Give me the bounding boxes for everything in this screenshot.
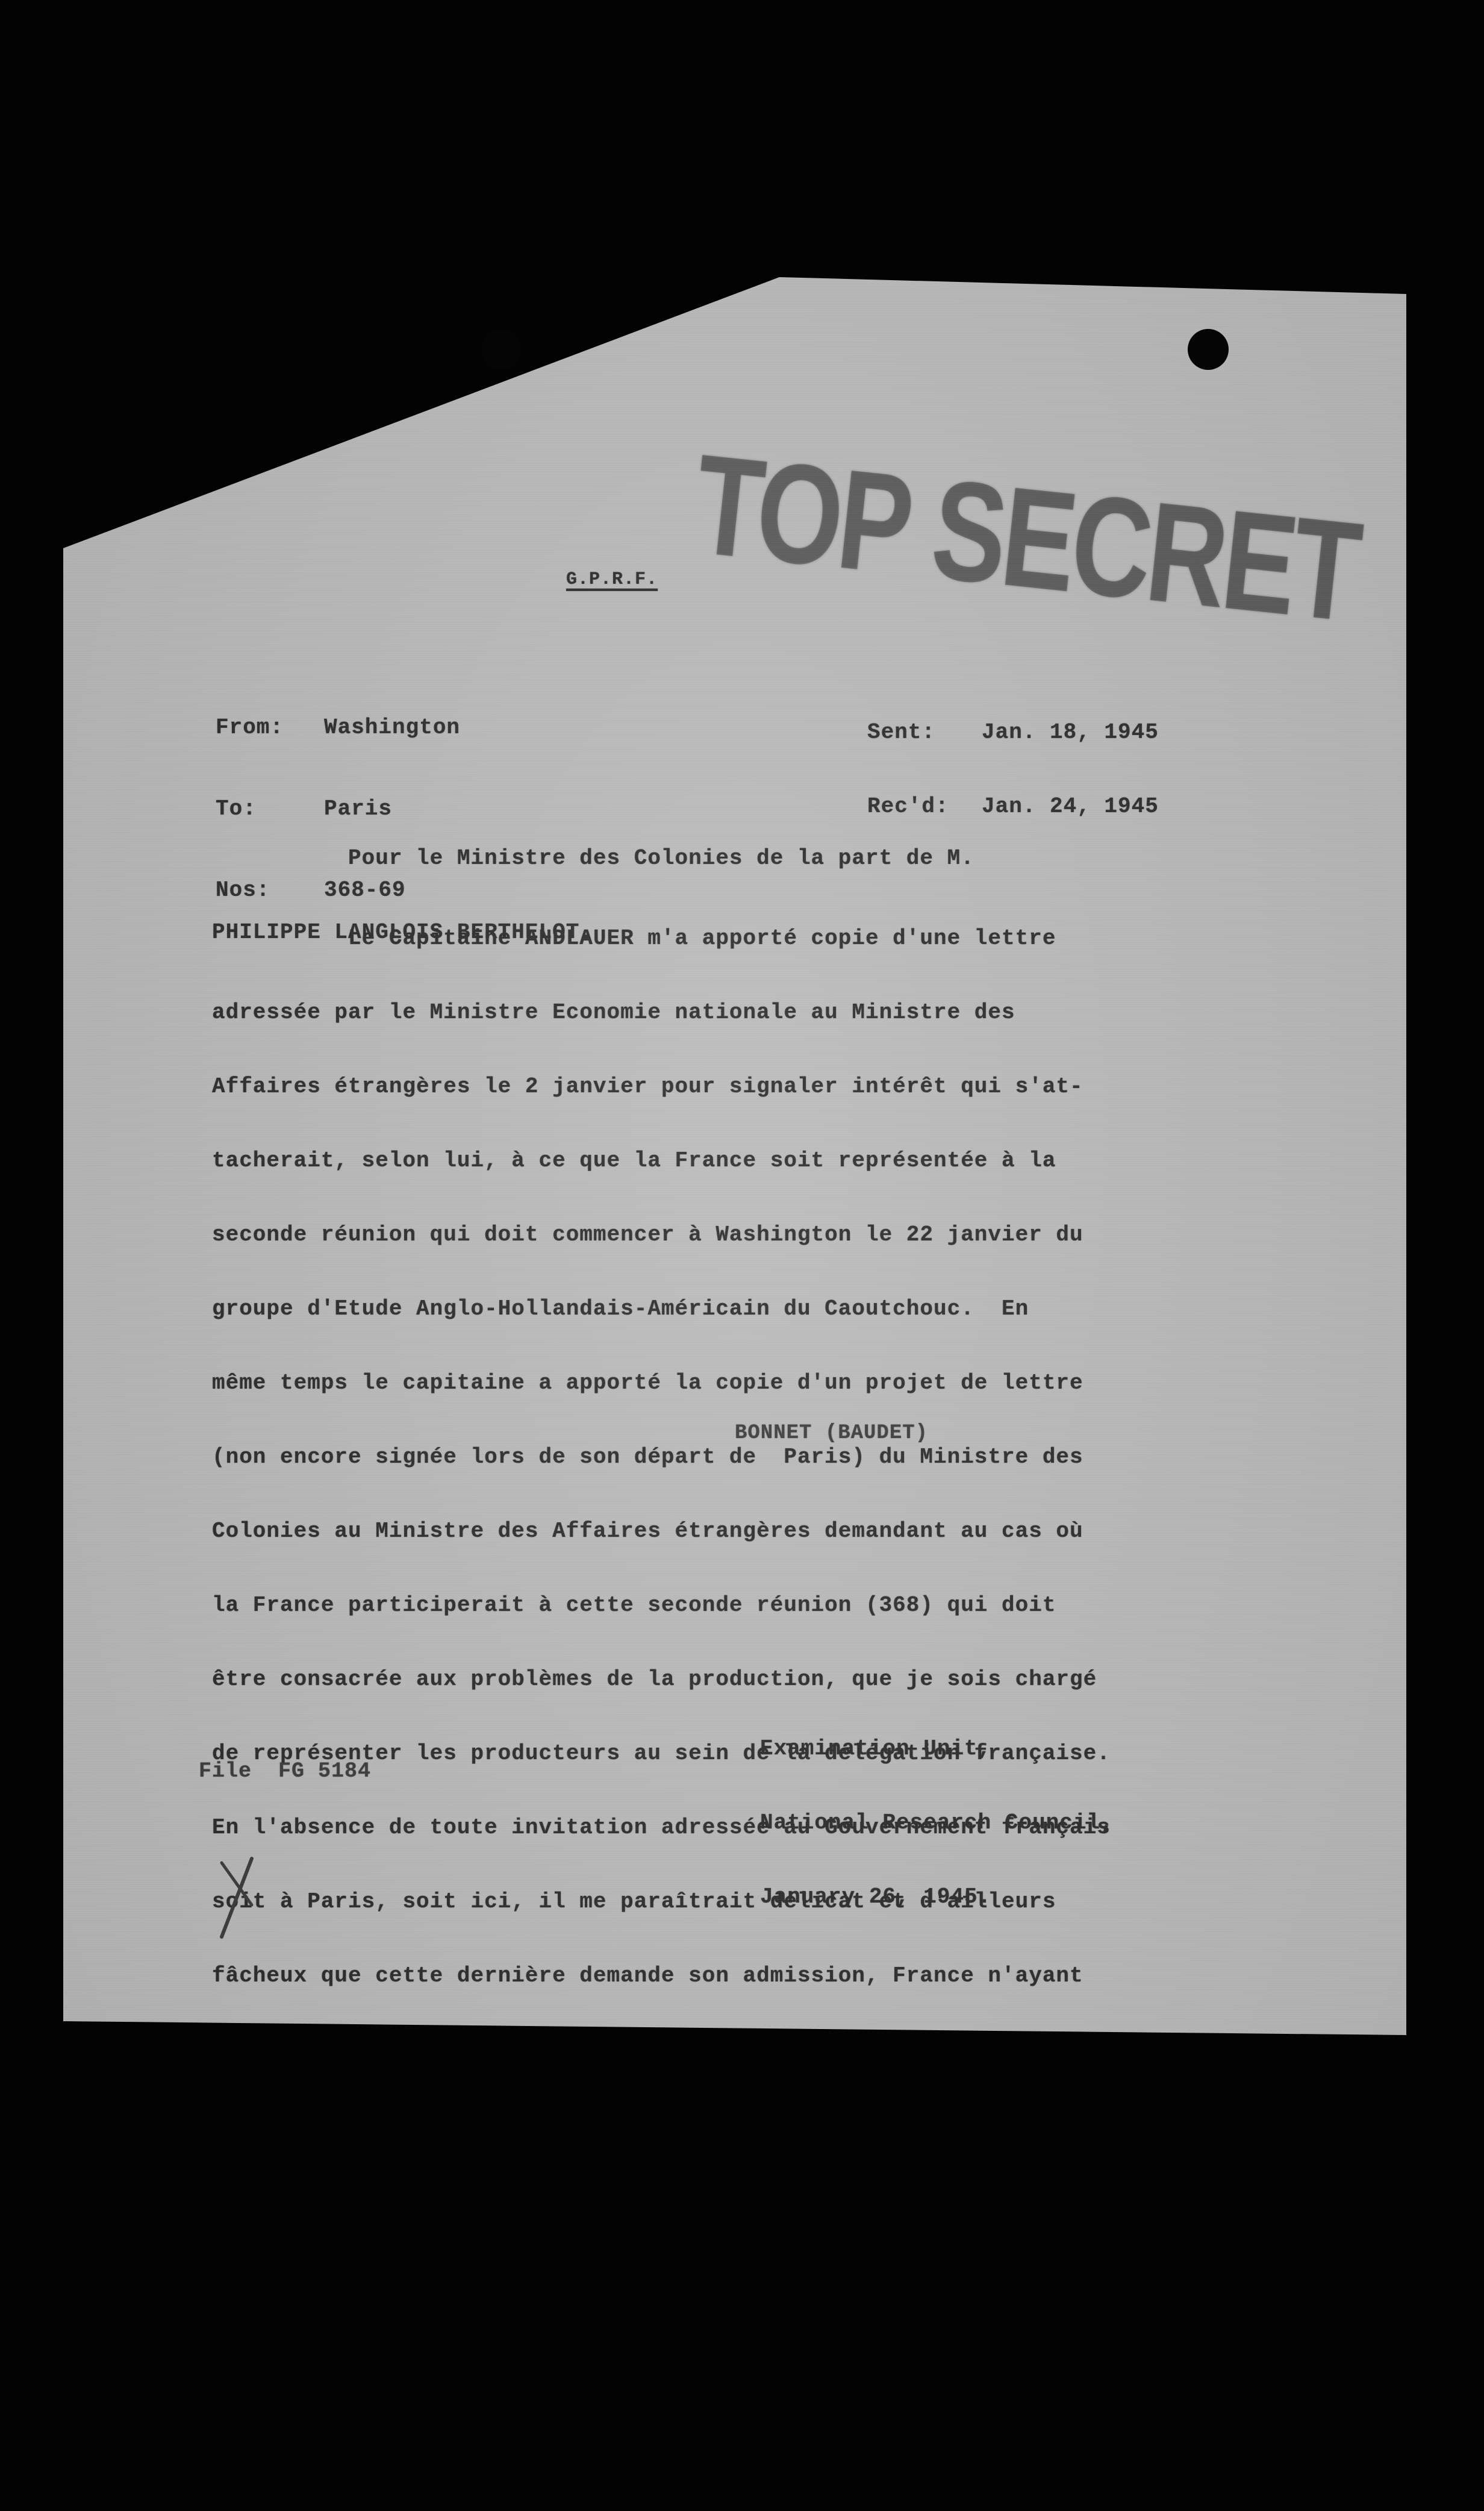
examination-line: January 26, 1945. (760, 1884, 1114, 1909)
salutation-line: Pour le Ministre des Colonies de la part… (212, 846, 974, 871)
classification-header: G.P.R.F. (566, 569, 658, 590)
body-line: Affaires étrangères le 2 janvier pour si… (212, 1074, 1111, 1099)
examination-line: Examination Unit, (760, 1736, 1114, 1761)
body-line: même temps le capitaine a apporté la cop… (212, 1371, 1111, 1395)
body-line: Le Capitaine ANDLAUER m'a apporté copie … (212, 926, 1111, 951)
top-secret-stamp: TOP SECRET (688, 422, 1365, 654)
received-value: Jan. 24, 1945 (982, 794, 1159, 819)
body-line: (non encore signée lors de son départ de… (212, 1445, 1111, 1469)
body-line: Colonies au Ministre des Affaires étrang… (212, 1519, 1111, 1543)
body-line: fâcheux que cette dernière demande son a… (212, 1963, 1111, 1988)
body-line: groupe d'Etude Anglo-Hollandais-Américai… (212, 1296, 1111, 1321)
punch-hole-icon (481, 329, 522, 370)
from-label: From: (216, 714, 324, 741)
punch-hole-icon (1188, 329, 1229, 370)
file-reference: File FG 5184 (199, 1759, 371, 1783)
handwritten-x-mark-icon (217, 1856, 277, 1940)
sent-value: Jan. 18, 1945 (982, 720, 1159, 745)
examination-unit-block: Examination Unit, National Research Coun… (760, 1687, 1114, 1959)
examination-line: National Research Council, (760, 1810, 1114, 1835)
sent-row: Sent: Jan. 18, 1945 (867, 720, 1159, 745)
sent-label: Sent: (867, 720, 982, 745)
body-line: seconde réunion qui doit commencer à Was… (212, 1222, 1111, 1247)
from-value: Washington (324, 714, 460, 741)
from-row: From: Washington (216, 714, 460, 741)
body-line: adressée par le Ministre Economie nation… (212, 1000, 1111, 1025)
body-line: tacherait, selon lui, à ce que la France… (212, 1148, 1111, 1173)
body-line: la France participerait à cette seconde … (212, 1593, 1111, 1618)
signature: BONNET (BAUDET) (735, 1422, 928, 1445)
